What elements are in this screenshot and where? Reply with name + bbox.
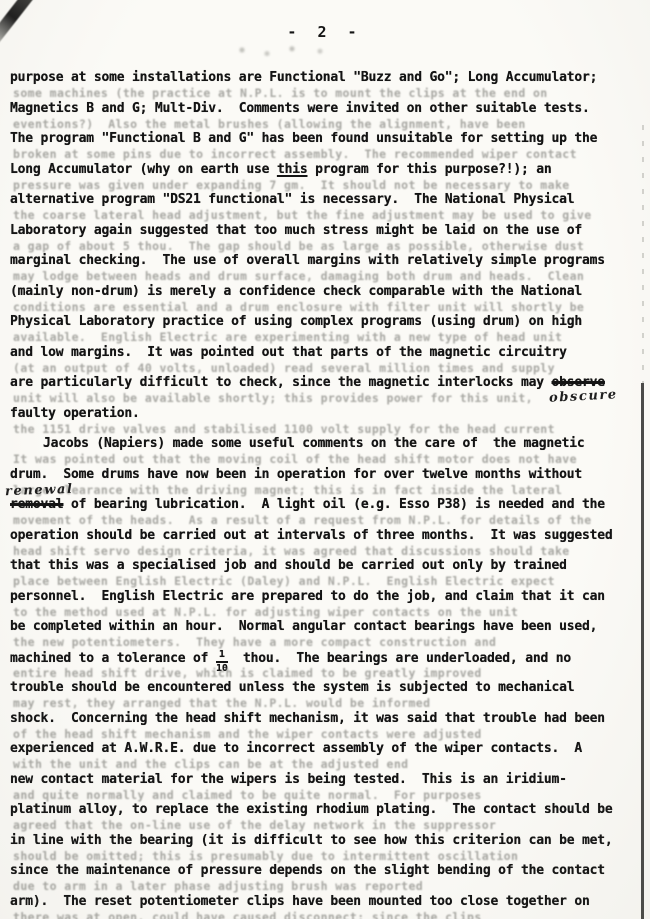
text-segment: since the maintenance of pressure depend…	[10, 863, 605, 878]
ghost-bleedthrough-line: should be omitted; this is presumably du…	[13, 850, 518, 863]
typed-line: Long Accumulator (why on earth use this …	[10, 162, 552, 177]
ghost-bleedthrough-line: may rest, they arranged that the N.P.L. …	[13, 697, 430, 710]
ghost-bleedthrough-line: to the method used at N.P.L. for adjusti…	[13, 606, 518, 619]
text-segment: Physical Laboratory practice of using co…	[10, 314, 582, 329]
underlined-word: this	[277, 162, 308, 177]
ghost-bleedthrough-line: a gap of about 5 thou. The gap should be…	[13, 240, 584, 253]
ghost-bleedthrough-line: the 1151 drive valves and stabilised 110…	[13, 423, 555, 436]
text-segment: in line with the bearing (it is difficul…	[10, 833, 613, 848]
text-segment: (mainly non-drum) is merely a confidence…	[10, 284, 582, 299]
text-segment: operation should be carried out at inter…	[10, 528, 613, 543]
text-segment: machined to a tolerance of	[10, 651, 216, 666]
ghost-bleedthrough-line: movement of the heads. As a result of a …	[13, 514, 592, 527]
ghost-bleedthrough-line: of the head shift mechanism and the wipe…	[13, 728, 482, 741]
text-segment: Long Accumulator (why on earth use	[10, 162, 277, 177]
struck-word: removal	[10, 497, 63, 512]
typed-line: alternative program "DS21 functional" is…	[10, 192, 574, 207]
typed-line: new contact material for the wipers is b…	[10, 772, 567, 787]
text-segment: program for this purpose?!); an	[307, 162, 551, 177]
typed-line: marginal checking. The use of overall ma…	[10, 253, 605, 268]
ghost-bleedthrough-line: pressure was given under expanding 7 gm.…	[13, 179, 570, 192]
text-segment: faulty operation.	[10, 406, 140, 421]
handwritten-annotation: obscure	[549, 387, 618, 406]
smudge-mark	[232, 44, 332, 56]
ghost-bleedthrough-line: agreed that the on-line use of the delay…	[13, 819, 496, 832]
ghost-bleedthrough-line: unit will also be available shortly; thi…	[13, 392, 533, 405]
text-segment: and low margins. It was pointed out that…	[10, 345, 567, 360]
text-segment: The program "Functional B and G" has bee…	[10, 131, 597, 146]
ghost-bleedthrough-line: It was pointed out that the moving coil …	[13, 453, 577, 466]
typed-line: shock. Concerning the head shift mechani…	[10, 711, 605, 726]
typed-line: experienced at A.W.R.E. due to incorrect…	[10, 741, 582, 756]
text-segment: purpose at some installations are Functi…	[10, 70, 597, 85]
ghost-bleedthrough-line: entire head shift drive, which is claime…	[13, 667, 482, 680]
ghost-bleedthrough-line: available. English Electric are experime…	[13, 331, 562, 344]
text-segment: new contact material for the wipers is b…	[10, 772, 567, 787]
text-segment: trouble should be encountered unless the…	[10, 680, 574, 695]
scan-edge-faint-line	[642, 125, 644, 383]
text-segment: that this was a specialised job and shou…	[10, 558, 567, 573]
typed-line: faulty operation.	[10, 406, 140, 421]
ghost-bleedthrough-line: head shift servo design criteria, it was…	[13, 545, 570, 558]
page-number: - 2 -	[0, 23, 650, 41]
ghost-bleedthrough-line: broken at some pins due to incorrect ass…	[13, 148, 577, 161]
text-segment: personnel. English Electric are prepared…	[10, 589, 605, 604]
typed-line: The program "Functional B and G" has bee…	[10, 131, 597, 146]
text-segment: experienced at A.W.R.E. due to incorrect…	[10, 741, 582, 756]
ghost-bleedthrough-line: the new potentiometers. They have a more…	[13, 636, 496, 649]
ghost-bleedthrough-line: and quite normally and claimed to be qui…	[13, 789, 482, 802]
text-segment: marginal checking. The use of overall ma…	[10, 253, 605, 268]
text-segment: drum. Some drums have now been in operat…	[10, 467, 582, 482]
ghost-bleedthrough-line: due to arm in a later phase adjusting br…	[13, 880, 423, 893]
typed-line: (mainly non-drum) is merely a confidence…	[10, 284, 582, 299]
typed-line: arm). The reset potentiometer clips have…	[10, 894, 590, 909]
ghost-bleedthrough-line: large clearance with the driving magnet;…	[13, 484, 562, 497]
text-segment: Magnetics B and G; Mult-Div. Comments we…	[10, 101, 590, 116]
typed-line: removal of bearing lubrication. A light …	[10, 497, 605, 512]
handwritten-annotation: renewal	[5, 482, 74, 499]
ghost-bleedthrough-line: some machines (the practice at N.P.L. is…	[13, 87, 548, 100]
typed-line: platinum alloy, to replace the existing …	[10, 802, 613, 817]
typed-line: drum. Some drums have now been in operat…	[10, 467, 582, 482]
typed-line: Laboratory again suggested that too much…	[10, 223, 582, 238]
text-segment: are particularly difficult to check, sin…	[10, 375, 552, 390]
typed-line: and low margins. It was pointed out that…	[10, 345, 567, 360]
typed-line: Magnetics B and G; Mult-Div. Comments we…	[10, 101, 590, 116]
scan-edge-line	[641, 383, 644, 919]
typed-line: purpose at some installations are Functi…	[10, 70, 597, 85]
typed-line: Physical Laboratory practice of using co…	[10, 314, 582, 329]
typed-line: personnel. English Electric are prepared…	[10, 589, 605, 604]
text-segment: of bearing lubrication. A light oil (e.g…	[63, 497, 605, 512]
ghost-bleedthrough-line: eventions?) Also the metal brushes (allo…	[13, 118, 526, 131]
typed-line: in line with the bearing (it is difficul…	[10, 833, 613, 848]
typed-line: be completed within an hour. Normal angu…	[10, 619, 597, 634]
ghost-bleedthrough-line: the coarse lateral head adjustment, but …	[13, 209, 592, 222]
typed-line: are particularly difficult to check, sin…	[10, 375, 605, 390]
text-segment: shock. Concerning the head shift mechani…	[10, 711, 605, 726]
typed-line: operation should be carried out at inter…	[10, 528, 613, 543]
typed-line: trouble should be encountered unless the…	[10, 680, 574, 695]
ghost-bleedthrough-line: may lodge between heads and drum surface…	[13, 270, 584, 283]
ghost-bleedthrough-line: with the unit and the clips can be at th…	[13, 758, 408, 771]
ghost-bleedthrough-line: place between English Electric (Daley) a…	[13, 575, 555, 588]
text-segment: Laboratory again suggested that too much…	[10, 223, 582, 238]
text-segment: arm). The reset potentiometer clips have…	[10, 894, 590, 909]
text-segment: Jacobs (Napiers) made some useful commen…	[43, 436, 585, 451]
text-segment: alternative program "DS21 functional" is…	[10, 192, 574, 207]
ghost-bleedthrough-line: conditions are essential and a drum encl…	[13, 301, 584, 314]
typed-line: that this was a specialised job and shou…	[10, 558, 567, 573]
typed-line: since the maintenance of pressure depend…	[10, 863, 605, 878]
scanned-document-page: - 2 - purpose at some installations are …	[0, 0, 650, 919]
text-segment: platinum alloy, to replace the existing …	[10, 802, 613, 817]
text-segment: be completed within an hour. Normal angu…	[10, 619, 597, 634]
typed-line: Jacobs (Napiers) made some useful commen…	[43, 436, 585, 451]
ghost-bleedthrough-line: there was at open, could have caused dis…	[13, 911, 482, 919]
text-segment: thou. The bearings are underloaded, and …	[228, 651, 571, 666]
ghost-bleedthrough-line: (at an output of 40 volts, unloaded) rea…	[13, 362, 555, 375]
